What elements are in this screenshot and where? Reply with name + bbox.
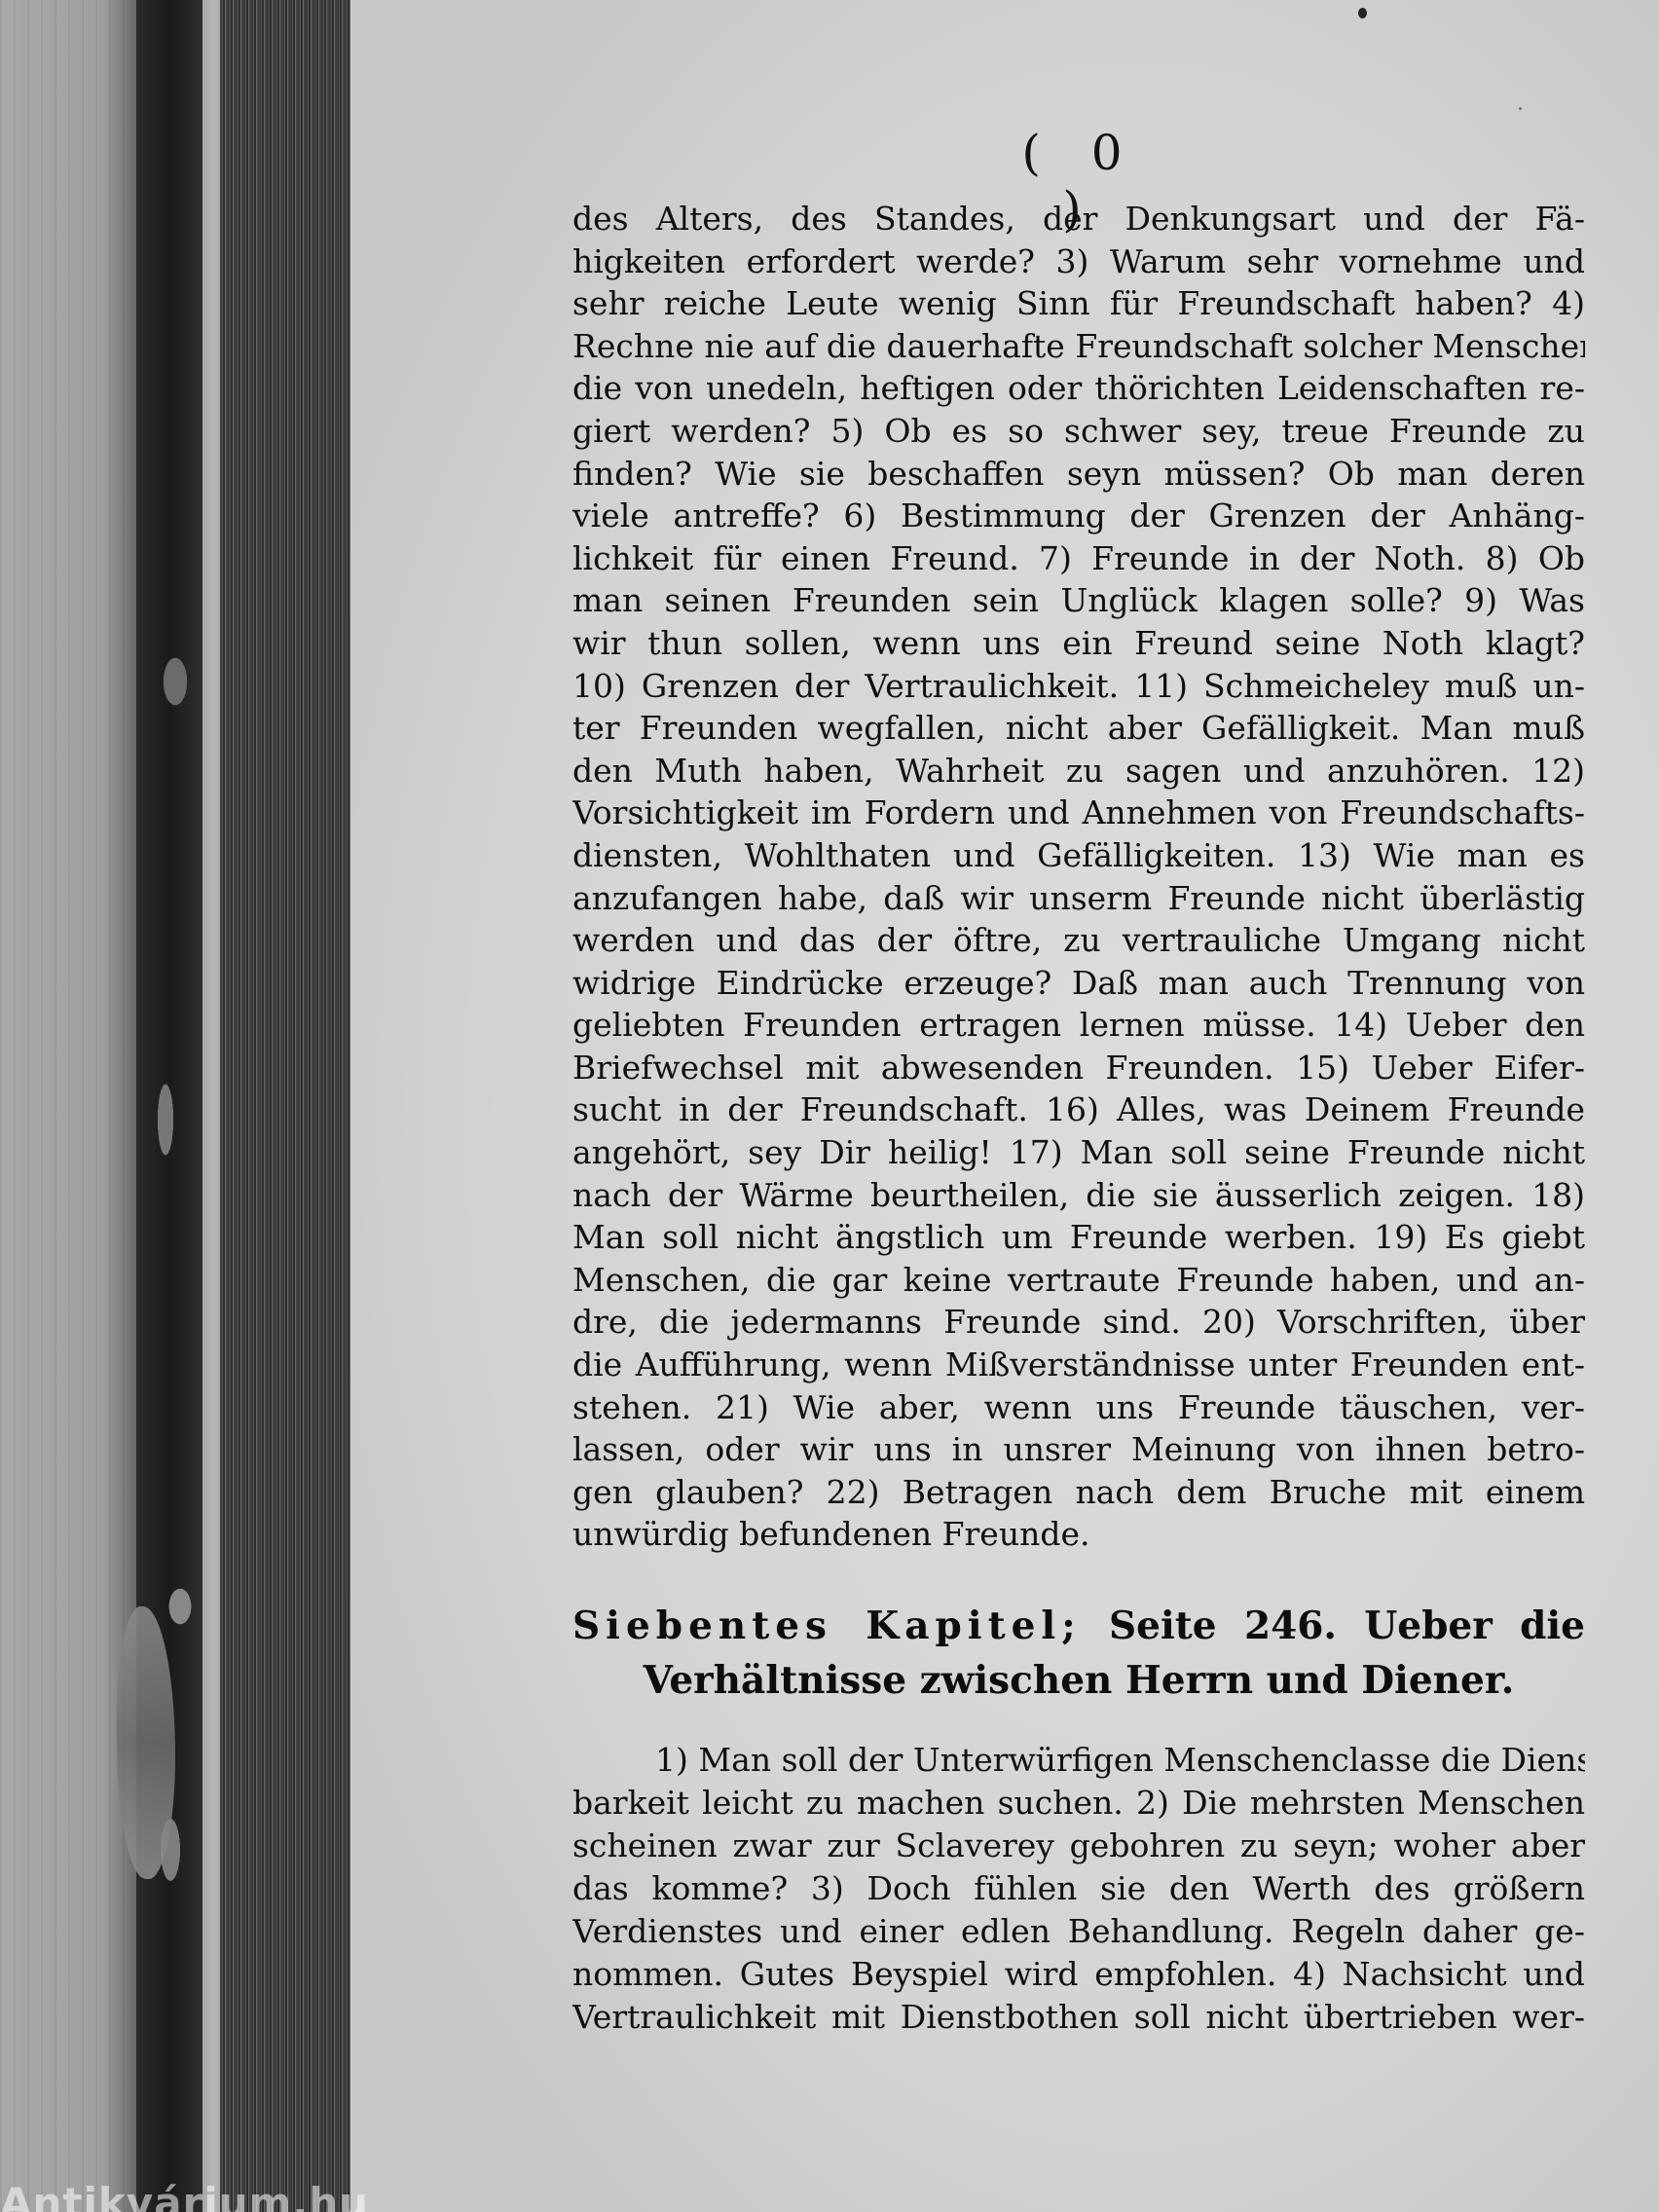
text-line: den Muth haben, Wahrheit zu sagen und an… — [572, 750, 1585, 793]
ink-speck — [1358, 8, 1367, 18]
text-line: anzufangen habe, daß wir unserm Freunde … — [572, 877, 1585, 920]
chapter-page-reference: Seite 246. Ueber die — [1109, 1604, 1585, 1648]
text-line: nommen. Gutes Beyspiel wird empfohlen. 4… — [572, 1953, 1585, 1996]
text-line: nach der Wärme beurtheilen, die sie äuss… — [572, 1174, 1585, 1217]
text-line: sehr reiche Leute wenig Sinn für Freunds… — [572, 282, 1585, 325]
text-line: die Aufführung, wenn Mißverständnisse un… — [572, 1344, 1585, 1386]
text-line: widrige Eindrücke erzeuge? Daß man auch … — [572, 962, 1585, 1005]
text-line: man seinen Freunden sein Unglück klagen … — [572, 579, 1585, 622]
text-line: 1) Man soll der Unterwürfigen Menschencl… — [572, 1739, 1585, 1782]
text-line: wir thun sollen, wenn uns ein Freund sei… — [572, 622, 1585, 665]
text-line: viele antreffe? 6) Bestimmung der Grenze… — [572, 495, 1585, 537]
text-line: giert werden? 5) Ob es so schwer sey, tr… — [572, 410, 1585, 453]
text-line: 10) Grenzen der Vertraulichkeit. 11) Sch… — [572, 665, 1585, 708]
body-paragraph-2: 1) Man soll der Unterwürfigen Menschencl… — [572, 1739, 1585, 2039]
text-line: finden? Wie sie beschaffen seyn müssen? … — [572, 453, 1585, 496]
text-line: werden und das der öftre, zu vertraulich… — [572, 919, 1585, 962]
text-line: das komme? 3) Doch fühlen sie den Werth … — [572, 1867, 1585, 1910]
watermark: Antikvárium.hu — [0, 2179, 369, 2212]
text-line: Menschen, die gar keine vertraute Freund… — [572, 1259, 1585, 1302]
text-line: Briefwechsel mit abwesenden Freunden. 15… — [572, 1047, 1585, 1089]
ink-speck — [1519, 107, 1522, 110]
text-line: ter Freunden wegfallen, nicht aber Gefäl… — [572, 707, 1585, 750]
text-line: dre, die jedermanns Freunde sind. 20) Vo… — [572, 1301, 1585, 1344]
text-line: scheinen zwar zur Sclaverey gebohren zu … — [572, 1825, 1585, 1867]
text-line: Vorsichtigkeit im Fordern und Annehmen v… — [572, 792, 1585, 834]
text-line: stehen. 21) Wie aber, wenn uns Freunde t… — [572, 1386, 1585, 1429]
chapter-heading: Siebentes Kapitel; Seite 246. Ueber die … — [572, 1599, 1585, 1708]
text-line: Man soll nicht ängstlich um Freunde werb… — [572, 1216, 1585, 1259]
text-line: unwürdig befundenen Freunde. — [572, 1513, 1585, 1556]
marbled-book-board — [136, 0, 203, 2212]
text-line: Verdienstes und einer edlen Behandlung. … — [572, 1910, 1585, 1953]
text-line: Rechne nie auf die dauerhafte Freundscha… — [572, 325, 1585, 368]
text-line: higkeiten erfordert werde? 3) Warum sehr… — [572, 240, 1585, 283]
text-line: barkeit leicht zu machen suchen. 2) Die … — [572, 1782, 1585, 1825]
text-line: lichkeit für einen Freund. 7) Freunde in… — [572, 537, 1585, 580]
chapter-heading-line-1: Siebentes Kapitel; Seite 246. Ueber die — [572, 1599, 1585, 1653]
chapter-label: Siebentes Kapitel; — [572, 1604, 1082, 1648]
text-line: des Alters, des Standes, der Denkungsart… — [572, 198, 1585, 240]
book-page-edges — [220, 0, 352, 2212]
text-line: sucht in der Freundschaft. 16) Alles, wa… — [572, 1088, 1585, 1131]
chapter-heading-line-2: Verhältnisse zwischen Herrn und Diener. — [572, 1653, 1585, 1708]
text-line: geliebten Freunden ertragen lernen müsse… — [572, 1004, 1585, 1047]
text-line: die von unedeln, heftigen oder thörichte… — [572, 367, 1585, 410]
text-line: Vertraulichkeit mit Dienstbothen soll ni… — [572, 1996, 1585, 2039]
text-line: diensten, Wohlthaten und Gefälligkeiten.… — [572, 834, 1585, 877]
background-surface — [0, 0, 146, 2212]
body-paragraph-1: des Alters, des Standes, der Denkungsart… — [572, 198, 1585, 1556]
text-line: lassen, oder wir uns in unsrer Meinung v… — [572, 1428, 1585, 1471]
text-line: gen glauben? 22) Betragen nach dem Bruch… — [572, 1471, 1585, 1514]
text-line: angehört, sey Dir heilig! 17) Man soll s… — [572, 1131, 1585, 1174]
